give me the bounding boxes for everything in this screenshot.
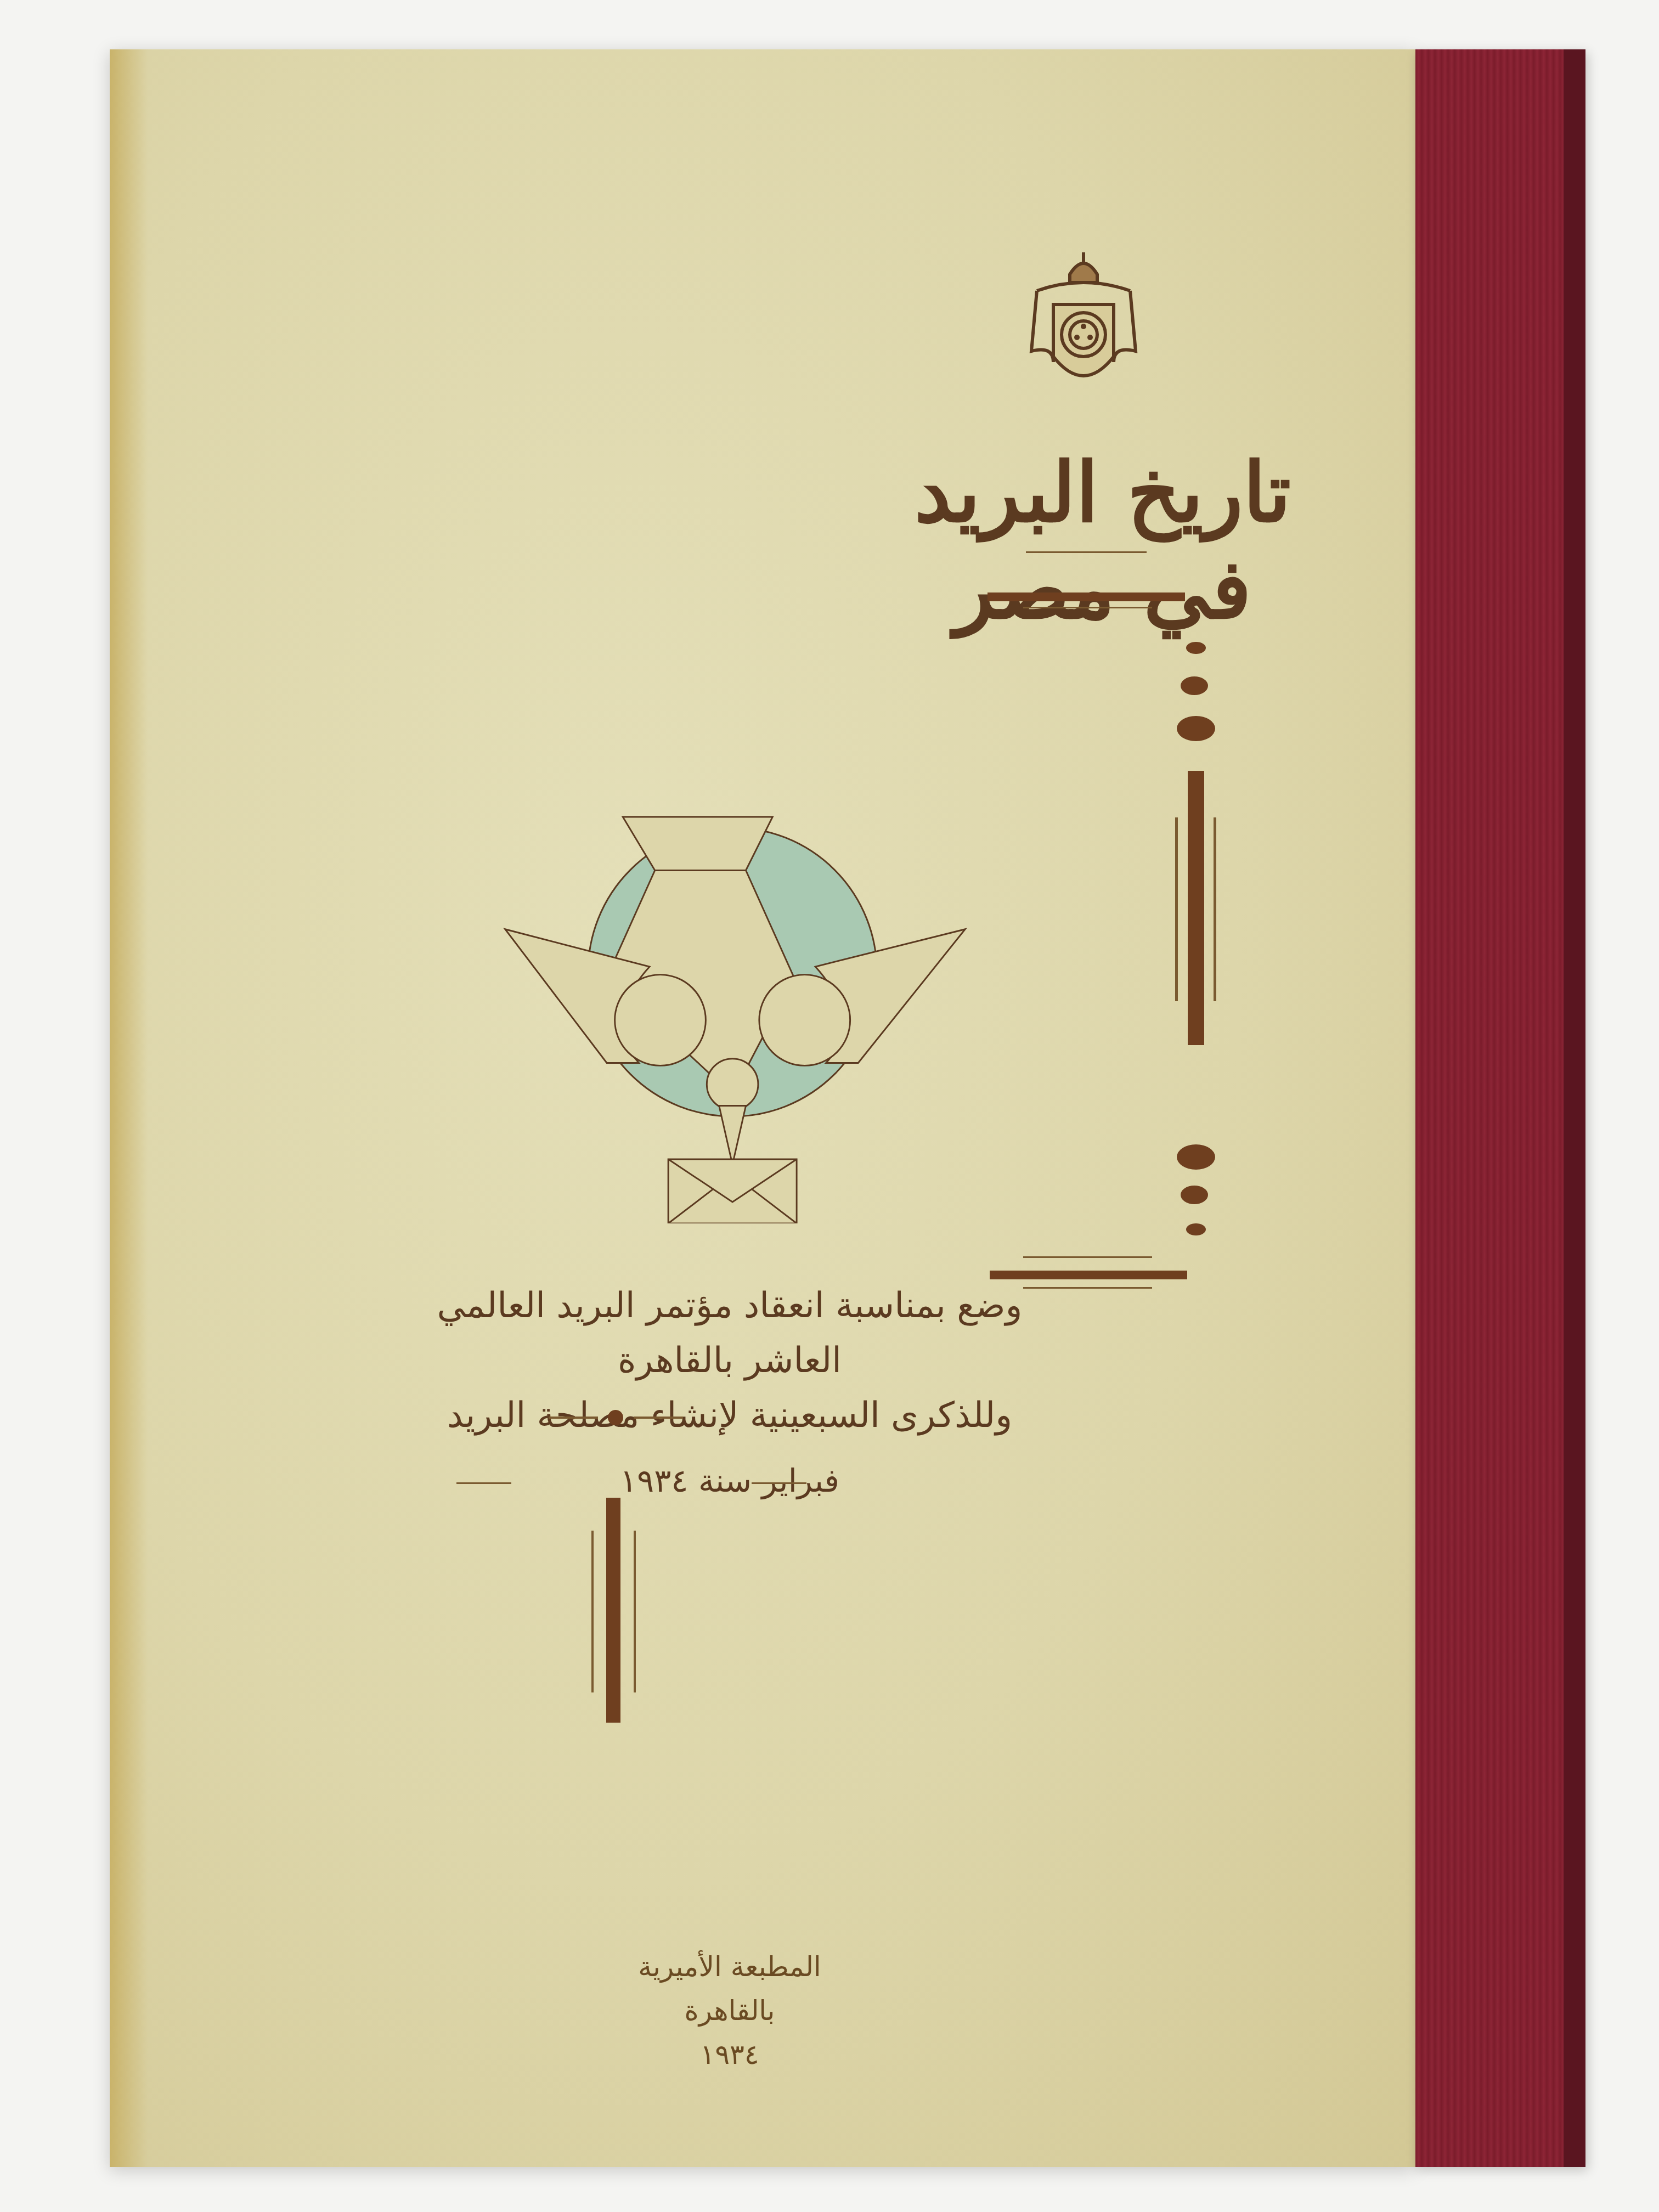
ornament-rule bbox=[1214, 817, 1216, 1001]
ornament-rule bbox=[1175, 817, 1178, 1001]
book-spine bbox=[1415, 49, 1585, 2167]
subtitle-line-1: وضع بمناسبة انعقاد مؤتمر البريد العالمي … bbox=[406, 1278, 1053, 1388]
ornament-dot bbox=[1181, 1186, 1208, 1204]
subtitle-line-2: وللذكرى السبعينية لإنشاء مصلحة البريد bbox=[406, 1388, 1053, 1443]
subtitle: وضع بمناسبة انعقاد مؤتمر البريد العالمي … bbox=[406, 1278, 1053, 1443]
ornament-rule bbox=[1023, 1256, 1152, 1258]
divider-dot bbox=[608, 1410, 623, 1425]
cover-edge bbox=[110, 49, 148, 2167]
book: تاريخ البريد في مصر bbox=[110, 49, 1585, 2167]
lower-vertical-bar bbox=[606, 1498, 620, 1723]
ornament-dot bbox=[1177, 1144, 1215, 1170]
divider-rule bbox=[549, 1417, 598, 1419]
ornament-rule bbox=[1026, 551, 1147, 553]
book-cover: تاريخ البريد في مصر bbox=[110, 49, 1415, 2167]
ornament-bar bbox=[988, 592, 1185, 601]
publication-date: فبراير سنة ١٩٣٤ bbox=[439, 1462, 1020, 1499]
printer-imprint: المطبعة الأميرية بالقاهرة ١٩٣٤ bbox=[592, 1945, 867, 2076]
ornament-dot bbox=[1186, 1223, 1206, 1235]
printer-year: ١٩٣٤ bbox=[592, 2033, 867, 2076]
lower-rule bbox=[591, 1531, 594, 1692]
ornament-vertical-bar bbox=[1188, 771, 1204, 1045]
bird-with-envelope-icon bbox=[494, 795, 977, 1223]
ornament-dot bbox=[1177, 716, 1215, 741]
ornament-rule bbox=[1023, 607, 1152, 608]
ornament-dot bbox=[1181, 676, 1208, 695]
royal-crest-icon bbox=[1020, 252, 1147, 400]
spine-edge bbox=[1564, 49, 1585, 2167]
date-rule bbox=[752, 1482, 806, 1484]
divider-rule bbox=[634, 1417, 683, 1419]
lower-rule bbox=[634, 1531, 636, 1692]
printer-name: المطبعة الأميرية بالقاهرة bbox=[592, 1945, 867, 2033]
book-title: تاريخ البريد في مصر bbox=[850, 444, 1355, 637]
ornament-dot bbox=[1186, 642, 1206, 654]
